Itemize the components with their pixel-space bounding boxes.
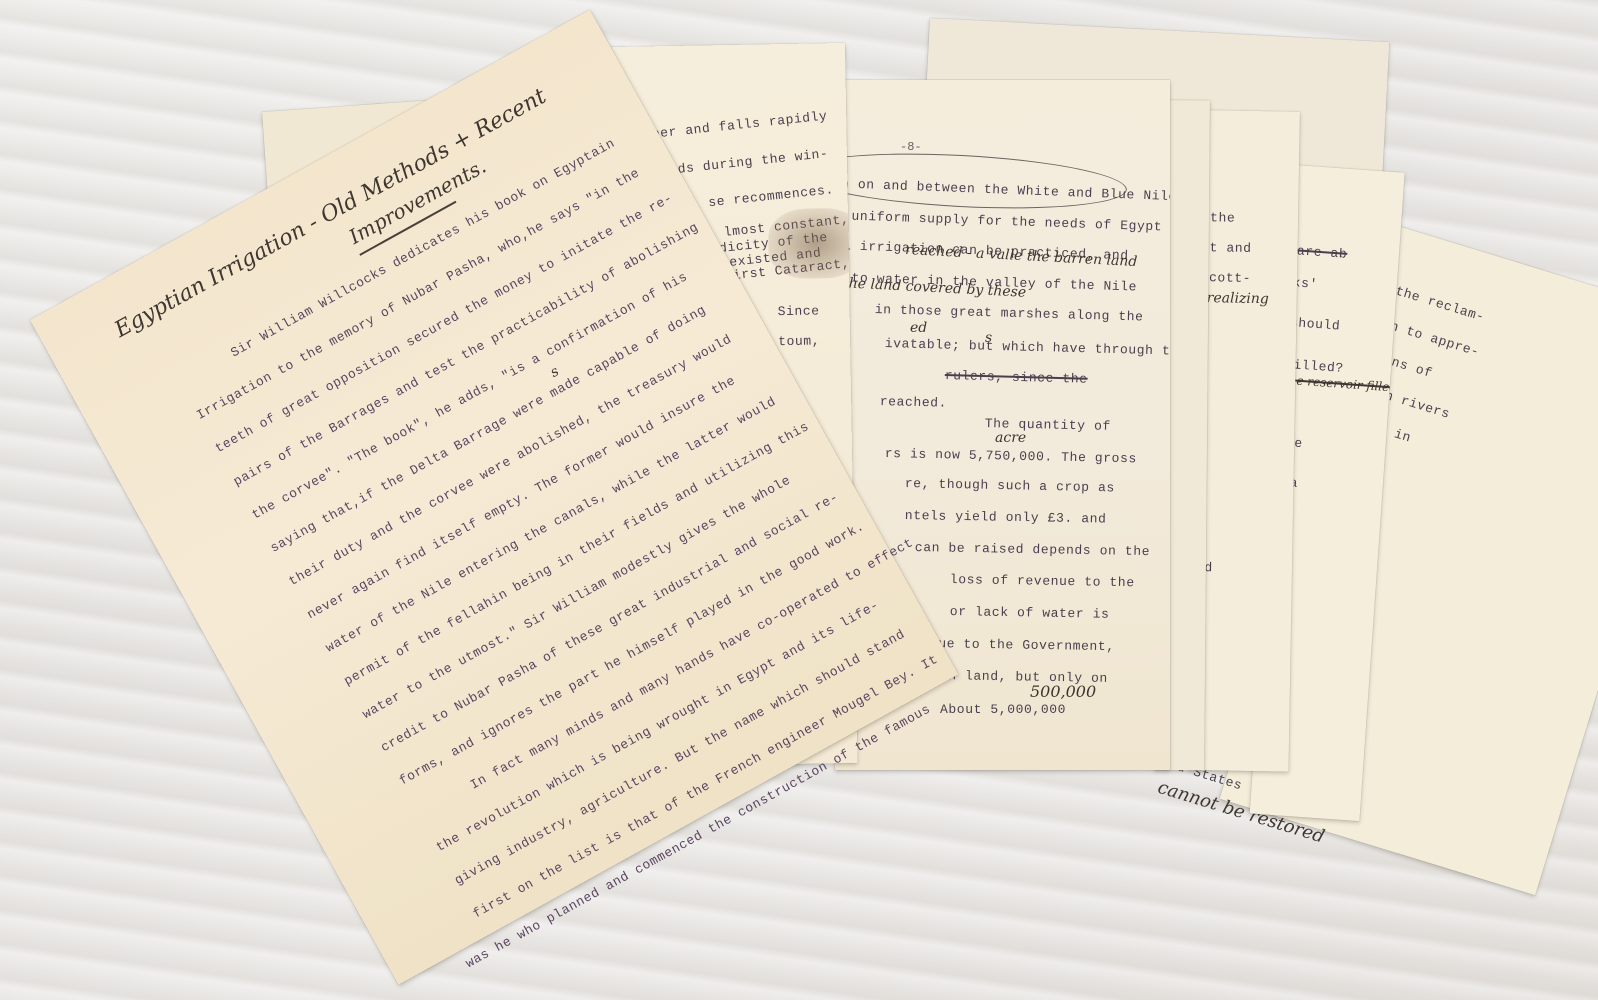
line: are ab — [1296, 243, 1347, 261]
page-number: -8- — [900, 140, 922, 154]
line: toum, — [778, 333, 820, 349]
water-stain — [768, 208, 858, 280]
line: cott- — [1209, 270, 1251, 286]
line: reached. — [880, 394, 948, 411]
line: re, though such a crop as — [905, 476, 1115, 495]
handwritten-annotation: acre — [995, 430, 1026, 446]
handwritten-annotation: realizing — [1207, 290, 1269, 307]
correction-mark: s — [548, 363, 562, 380]
line: nue to the Government, — [930, 636, 1115, 654]
line: should — [1289, 315, 1340, 333]
line: ds during the win- — [677, 146, 829, 177]
line: rs is now 5,750,000. The gross — [885, 446, 1137, 466]
line: loss of revenue to the — [950, 572, 1135, 590]
line: the reclam- — [1394, 283, 1487, 324]
line: or lack of water is — [950, 604, 1110, 622]
line: t and — [1209, 240, 1251, 256]
handwritten-annotation: ed — [910, 320, 927, 336]
line: Since — [778, 303, 820, 319]
line: rulers, since the — [945, 368, 1088, 387]
handwritten-annotation: the reservoir filled — [1284, 373, 1398, 395]
line: d uniform supply for the needs of Egypt — [835, 208, 1162, 234]
line: ember and falls rapidly — [634, 108, 828, 143]
line: se recommences. — [708, 182, 835, 210]
line: ntels yield only £3. and — [905, 508, 1107, 527]
line: can be raised depends on the — [915, 540, 1150, 559]
line: ivatable; but which have through the — [885, 336, 1170, 359]
line: About 5,000,000 — [940, 702, 1066, 717]
line: the — [1210, 210, 1235, 225]
handwritten-annotation: 500,000 — [1030, 682, 1096, 701]
